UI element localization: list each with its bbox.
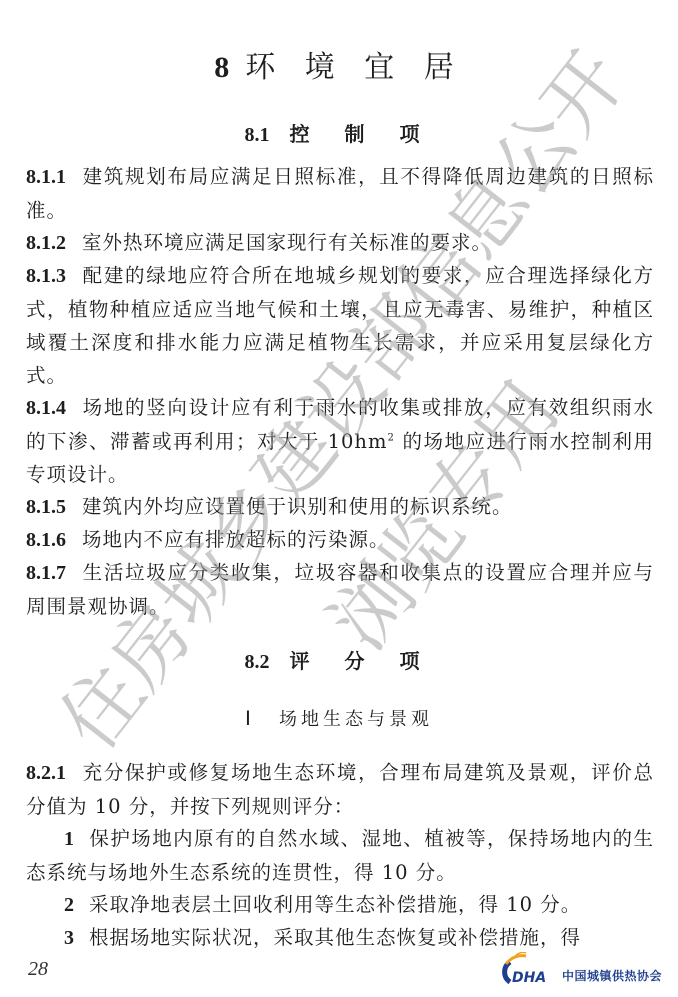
clause-8-2-1: 8.2.1充分保护或修复场地生态环境，合理布局建筑及景观，评价总分值为 10 分… [26,756,654,823]
subsection-title-text: 场地生态与景观 [279,709,433,730]
clause-text: 场地内不应有排放超标的污染源。 [82,528,390,551]
clause-8-1-5: 8.1.5建筑内外均应设置便于识别和使用的标识系统。 [26,490,654,524]
subsection-title: Ⅰ场地生态与景观 [0,705,678,731]
clause-text: 生活垃圾应分类收集，垃圾容器和收集点的设置应合理并应与周围景观协调。 [26,561,654,618]
clause-number: 8.1.7 [26,562,66,584]
cdha-logo: DHA 中国城镇供热协会 [496,952,662,988]
clause-8-1-1: 8.1.1建筑规划布局应满足日照标准，且不得降低周边建筑的日照标准。 [26,160,654,227]
clause-text: 配建的绿地应符合所在地城乡规划的要求，应合理选择绿化方式，植物种植应适应当地气候… [26,264,654,387]
clause-8-1-4: 8.1.4场地的竖向设计应有利于雨水的收集或排放，应有效组织雨水的下渗、滞蓄或再… [26,391,654,491]
superscript: 2 [387,433,394,444]
clause-text: 建筑规划布局应满足日照标准，且不得降低周边建筑的日照标准。 [26,165,654,222]
section-title-8-1: 8.1控 制 项 [0,118,678,147]
rule-item-2: 2采取净地表层土回收利用等生态补偿措施，得 10 分。 [26,888,654,922]
clause-number: 8.1.4 [26,397,66,419]
section-number: 8.2 [245,651,270,673]
cdha-logo-icon: DHA [496,952,556,988]
item-text: 保护场地内原有的自然水域、湿地、植被等，保持场地内的生态系统与场地外生态系统的连… [26,827,654,884]
subsection-numeral: Ⅰ [245,708,255,730]
clause-number: 8.1.3 [26,265,66,287]
clause-number: 8.2.1 [26,762,66,784]
chapter-title: 8环 境 宜 居 [0,42,678,86]
chapter-number: 8 [214,51,229,84]
clause-number: 8.1.5 [26,496,66,518]
clause-text: 室外热环境应满足国家现行有关标准的要求。 [82,231,492,254]
document-page: 8环 境 宜 居 8.1控 制 项 8.1.1建筑规划布局应满足日照标准，且不得… [0,0,678,997]
svg-text:DHA: DHA [512,970,546,986]
clause-text: 建筑内外均应设置便于识别和使用的标识系统。 [82,495,513,518]
clause-8-1-7: 8.1.7生活垃圾应分类收集，垃圾容器和收集点的设置应合理并应与周围景观协调。 [26,556,654,623]
section-title-text: 评 分 项 [290,649,434,673]
item-text: 根据场地实际状况，采取其他生态恢复或补偿措施，得 [89,926,581,949]
section-title-8-2: 8.2评 分 项 [0,645,678,674]
clause-8-1-2: 8.1.2室外热环境应满足国家现行有关标准的要求。 [26,226,654,260]
rule-item-3: 3根据场地实际状况，采取其他生态恢复或补偿措施，得 [26,921,654,955]
clause-8-1-6: 8.1.6场地内不应有排放超标的污染源。 [26,523,654,557]
rule-item-1: 1保护场地内原有的自然水域、湿地、植被等，保持场地内的生态系统与场地外生态系统的… [26,822,654,889]
clause-number: 8.1.2 [26,232,66,254]
clause-number: 8.1.1 [26,166,66,188]
page-number: 28 [28,958,48,981]
item-number: 2 [64,894,75,916]
item-number: 3 [64,927,75,949]
item-number: 1 [64,828,75,850]
logo-org-name: 中国城镇供热协会 [562,967,662,984]
section-title-text: 控 制 项 [290,122,434,146]
section-number: 8.1 [245,124,270,146]
item-text: 采取净地表层土回收利用等生态补偿措施，得 10 分。 [89,893,581,916]
clause-number: 8.1.6 [26,529,66,551]
clause-text: 充分保护或修复场地生态环境，合理布局建筑及景观，评价总分值为 10 分，并按下列… [26,761,654,818]
chapter-title-text: 环 境 宜 居 [245,50,464,85]
clause-8-1-3: 8.1.3配建的绿地应符合所在地城乡规划的要求，应合理选择绿化方式，植物种植应适… [26,259,654,392]
